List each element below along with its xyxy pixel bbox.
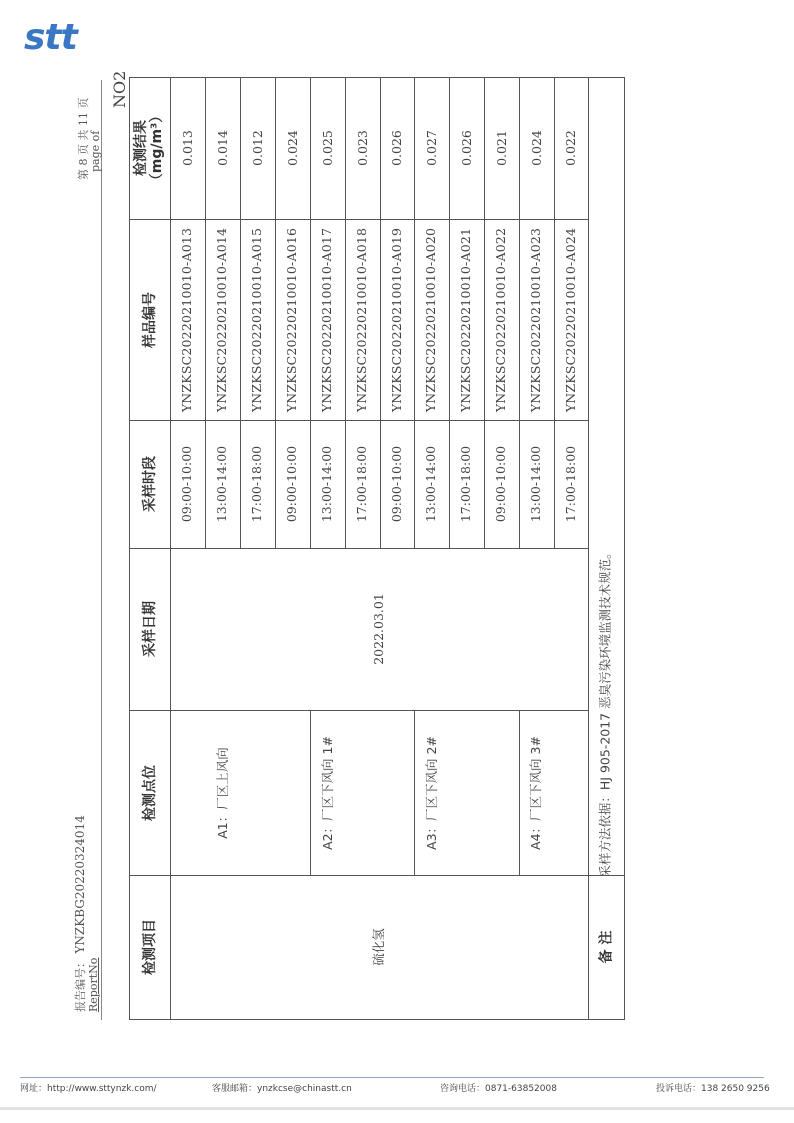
sample-id-cell: YNZKSC20220210010-A013 — [170, 219, 205, 420]
footer-email[interactable]: 客服邮箱：ynzkcse@chinastt.cn — [212, 1081, 352, 1094]
remark-label: 备 注 — [588, 875, 624, 1019]
result-cell: 0.025 — [310, 77, 345, 219]
remark-label-text: 备 注 — [598, 931, 614, 964]
time-cell-text: 13:00-14:00 — [424, 446, 440, 522]
sample-id-cell: YNZKSC20220210010-A016 — [275, 219, 310, 420]
result-cell: 0.024 — [275, 77, 310, 219]
time-cell: 17:00-18:00 — [345, 420, 380, 548]
location-cell-text: A3：厂区下风向 2# — [424, 736, 440, 850]
header-result-line: 检测结果 — [134, 109, 150, 187]
sample-id-cell: YNZKSC20220210010-A017 — [310, 219, 345, 420]
location-cell-text: A1：厂区上风向 — [214, 747, 230, 839]
date-cell-text: 2022.03.01 — [371, 593, 387, 665]
result-cell-text: 0.026 — [459, 130, 475, 166]
result-cell-text: 0.024 — [285, 130, 301, 166]
time-cell-text: 17:00-18:00 — [355, 446, 371, 522]
result-cell-text: 0.021 — [494, 130, 510, 166]
header-location: 检测点位 — [129, 710, 170, 875]
header-result-line: （mg/m³） — [150, 109, 166, 187]
header-result-text: 检测结果（mg/m³） — [134, 109, 166, 187]
report-no-label: 报告编号： — [74, 957, 87, 1012]
time-cell-text: 13:00-14:00 — [320, 446, 336, 522]
sample-id-cell-text: YNZKSC20220210010-A017 — [320, 227, 336, 411]
item-cell: 硫化氢 — [170, 875, 588, 1019]
footer-divider — [20, 1077, 764, 1078]
header-result: 检测结果（mg/m³） — [129, 77, 170, 219]
page-info-en: page of — [89, 131, 102, 172]
time-cell: 09:00-10:00 — [275, 420, 310, 548]
time-cell-text: 09:00-10:00 — [494, 446, 510, 522]
item-cell-text: 硫化氢 — [371, 928, 387, 966]
company-logo: stt — [24, 18, 77, 58]
time-cell-text: 09:00-10:00 — [285, 446, 301, 522]
sample-id-cell: YNZKSC20220210010-A014 — [205, 219, 240, 420]
header-item-text: 检测项目 — [142, 919, 158, 975]
header-date: 采样日期 — [129, 548, 170, 710]
time-cell: 09:00-10:00 — [380, 420, 414, 548]
time-cell-text: 13:00-14:00 — [529, 446, 545, 522]
footer-complaint-phone: 投诉电话：138 2650 9256 — [656, 1081, 770, 1094]
report-number-en: ReportNo — [87, 958, 100, 1012]
sample-id-cell-text: YNZKSC20220210010-A020 — [424, 227, 440, 411]
sample-id-cell-text: YNZKSC20220210010-A019 — [389, 227, 405, 411]
result-cell: 0.024 — [519, 77, 554, 219]
date-cell: 2022.03.01 — [170, 548, 588, 710]
sample-id-cell: YNZKSC20220210010-A020 — [414, 219, 449, 420]
time-cell-text: 17:00-18:00 — [459, 446, 475, 522]
result-cell: 0.027 — [414, 77, 449, 219]
document-number: NO2 — [110, 71, 129, 108]
location-cell: A4：厂区下风向 3# — [484, 710, 588, 875]
report-number: 报告编号： YNZKBG20220324014 — [72, 815, 88, 1012]
result-cell-text: 0.025 — [320, 130, 336, 166]
sample-id-cell: YNZKSC20220210010-A019 — [380, 219, 414, 420]
time-cell: 13:00-14:00 — [414, 420, 449, 548]
header-sample-id: 样品编号 — [129, 219, 170, 420]
time-cell-text: 09:00-10:00 — [180, 446, 196, 522]
location-cell: A2：厂区下风向 1# — [275, 710, 380, 875]
time-cell: 09:00-10:00 — [484, 420, 519, 548]
time-cell: 17:00-18:00 — [240, 420, 275, 548]
result-cell: 0.022 — [554, 77, 588, 219]
result-cell: 0.012 — [240, 77, 275, 219]
result-cell-text: 0.024 — [529, 130, 545, 166]
result-cell: 0.013 — [170, 77, 205, 219]
time-cell: 17:00-18:00 — [449, 420, 484, 548]
time-cell: 13:00-14:00 — [205, 420, 240, 548]
header-time-text: 采样时段 — [142, 456, 158, 512]
sample-id-cell-text: YNZKSC20220210010-A021 — [459, 227, 475, 411]
report-no-value: YNZKBG20220324014 — [73, 815, 87, 953]
sample-id-cell-text: YNZKSC20220210010-A016 — [285, 227, 301, 411]
sample-id-cell: YNZKSC20220210010-A018 — [345, 219, 380, 420]
sample-id-cell-text: YNZKSC20220210010-A023 — [529, 227, 545, 411]
result-cell: 0.023 — [345, 77, 380, 219]
sample-id-cell-text: YNZKSC20220210010-A022 — [494, 227, 510, 411]
result-cell-text: 0.012 — [250, 130, 266, 166]
result-cell: 0.014 — [205, 77, 240, 219]
sample-id-cell: YNZKSC20220210010-A023 — [519, 219, 554, 420]
result-cell-text: 0.023 — [355, 130, 371, 166]
time-cell: 09:00-10:00 — [170, 420, 205, 548]
result-cell-text: 0.022 — [563, 130, 579, 166]
result-cell-text: 0.026 — [389, 130, 405, 166]
remark-text-text: 采样方法依据：HJ 905-2017 恶臭污染环境监测技术规范。 — [598, 546, 614, 875]
sample-id-cell: YNZKSC20220210010-A021 — [449, 219, 484, 420]
time-cell: 13:00-14:00 — [519, 420, 554, 548]
result-cell-text: 0.013 — [180, 130, 196, 166]
time-cell-text: 17:00-18:00 — [250, 446, 266, 522]
time-cell-text: 13:00-14:00 — [215, 446, 231, 522]
time-cell: 13:00-14:00 — [310, 420, 345, 548]
sample-id-cell-text: YNZKSC20220210010-A024 — [563, 227, 579, 411]
header-item: 检测项目 — [129, 875, 170, 1019]
sample-id-cell-text: YNZKSC20220210010-A018 — [355, 227, 371, 411]
header-location-text: 检测点位 — [142, 765, 158, 821]
header-sample-id-text: 样品编号 — [142, 292, 158, 348]
sample-id-cell: YNZKSC20220210010-A022 — [484, 219, 519, 420]
time-cell-text: 17:00-18:00 — [563, 446, 579, 522]
location-cell-text: A2：厂区下风向 1# — [320, 736, 336, 850]
footer-bar — [0, 1107, 794, 1110]
sample-id-cell: YNZKSC20220210010-A024 — [554, 219, 588, 420]
sample-id-cell-text: YNZKSC20220210010-A013 — [180, 227, 196, 411]
location-cell: A3：厂区下风向 2# — [380, 710, 484, 875]
header-time: 采样时段 — [129, 420, 170, 548]
sample-id-cell-text: YNZKSC20220210010-A014 — [215, 227, 231, 411]
table-border — [588, 875, 624, 876]
footer-consult-phone: 咨询电话：0871-63852008 — [440, 1081, 557, 1094]
footer-website[interactable]: 网址：http://www.sttynzk.com/ — [20, 1081, 157, 1094]
header-date-text: 采样日期 — [142, 601, 158, 657]
remark-text: 采样方法依据：HJ 905-2017 恶臭污染环境监测技术规范。 — [588, 77, 624, 875]
location-cell: A1：厂区上风向 — [170, 710, 275, 875]
time-cell-text: 09:00-10:00 — [389, 446, 405, 522]
result-cell-text: 0.027 — [424, 130, 440, 166]
time-cell: 17:00-18:00 — [554, 420, 588, 548]
result-cell: 0.026 — [380, 77, 414, 219]
result-cell: 0.021 — [484, 77, 519, 219]
location-cell-text: A4：厂区下风向 3# — [528, 736, 544, 850]
result-cell: 0.026 — [449, 77, 484, 219]
sample-id-cell-text: YNZKSC20220210010-A015 — [250, 227, 266, 411]
result-cell-text: 0.014 — [215, 130, 231, 166]
table-border — [624, 77, 625, 1019]
table-border — [129, 1019, 625, 1020]
sample-id-cell: YNZKSC20220210010-A015 — [240, 219, 275, 420]
